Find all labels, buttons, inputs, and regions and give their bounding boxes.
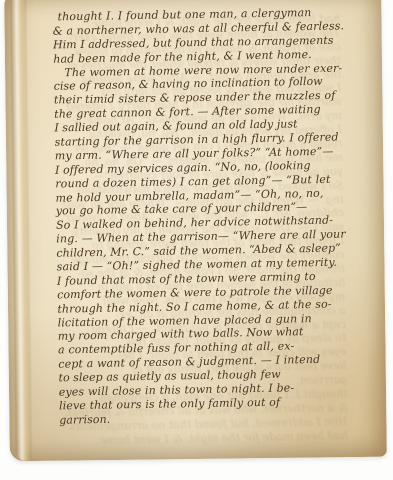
scan-background: had been made for the night, & I went ho… xyxy=(0,0,393,480)
manuscript-text: thought I. I found but one man, a clergy… xyxy=(52,5,377,427)
manuscript-page: had been made for the night, & I went ho… xyxy=(4,0,387,461)
